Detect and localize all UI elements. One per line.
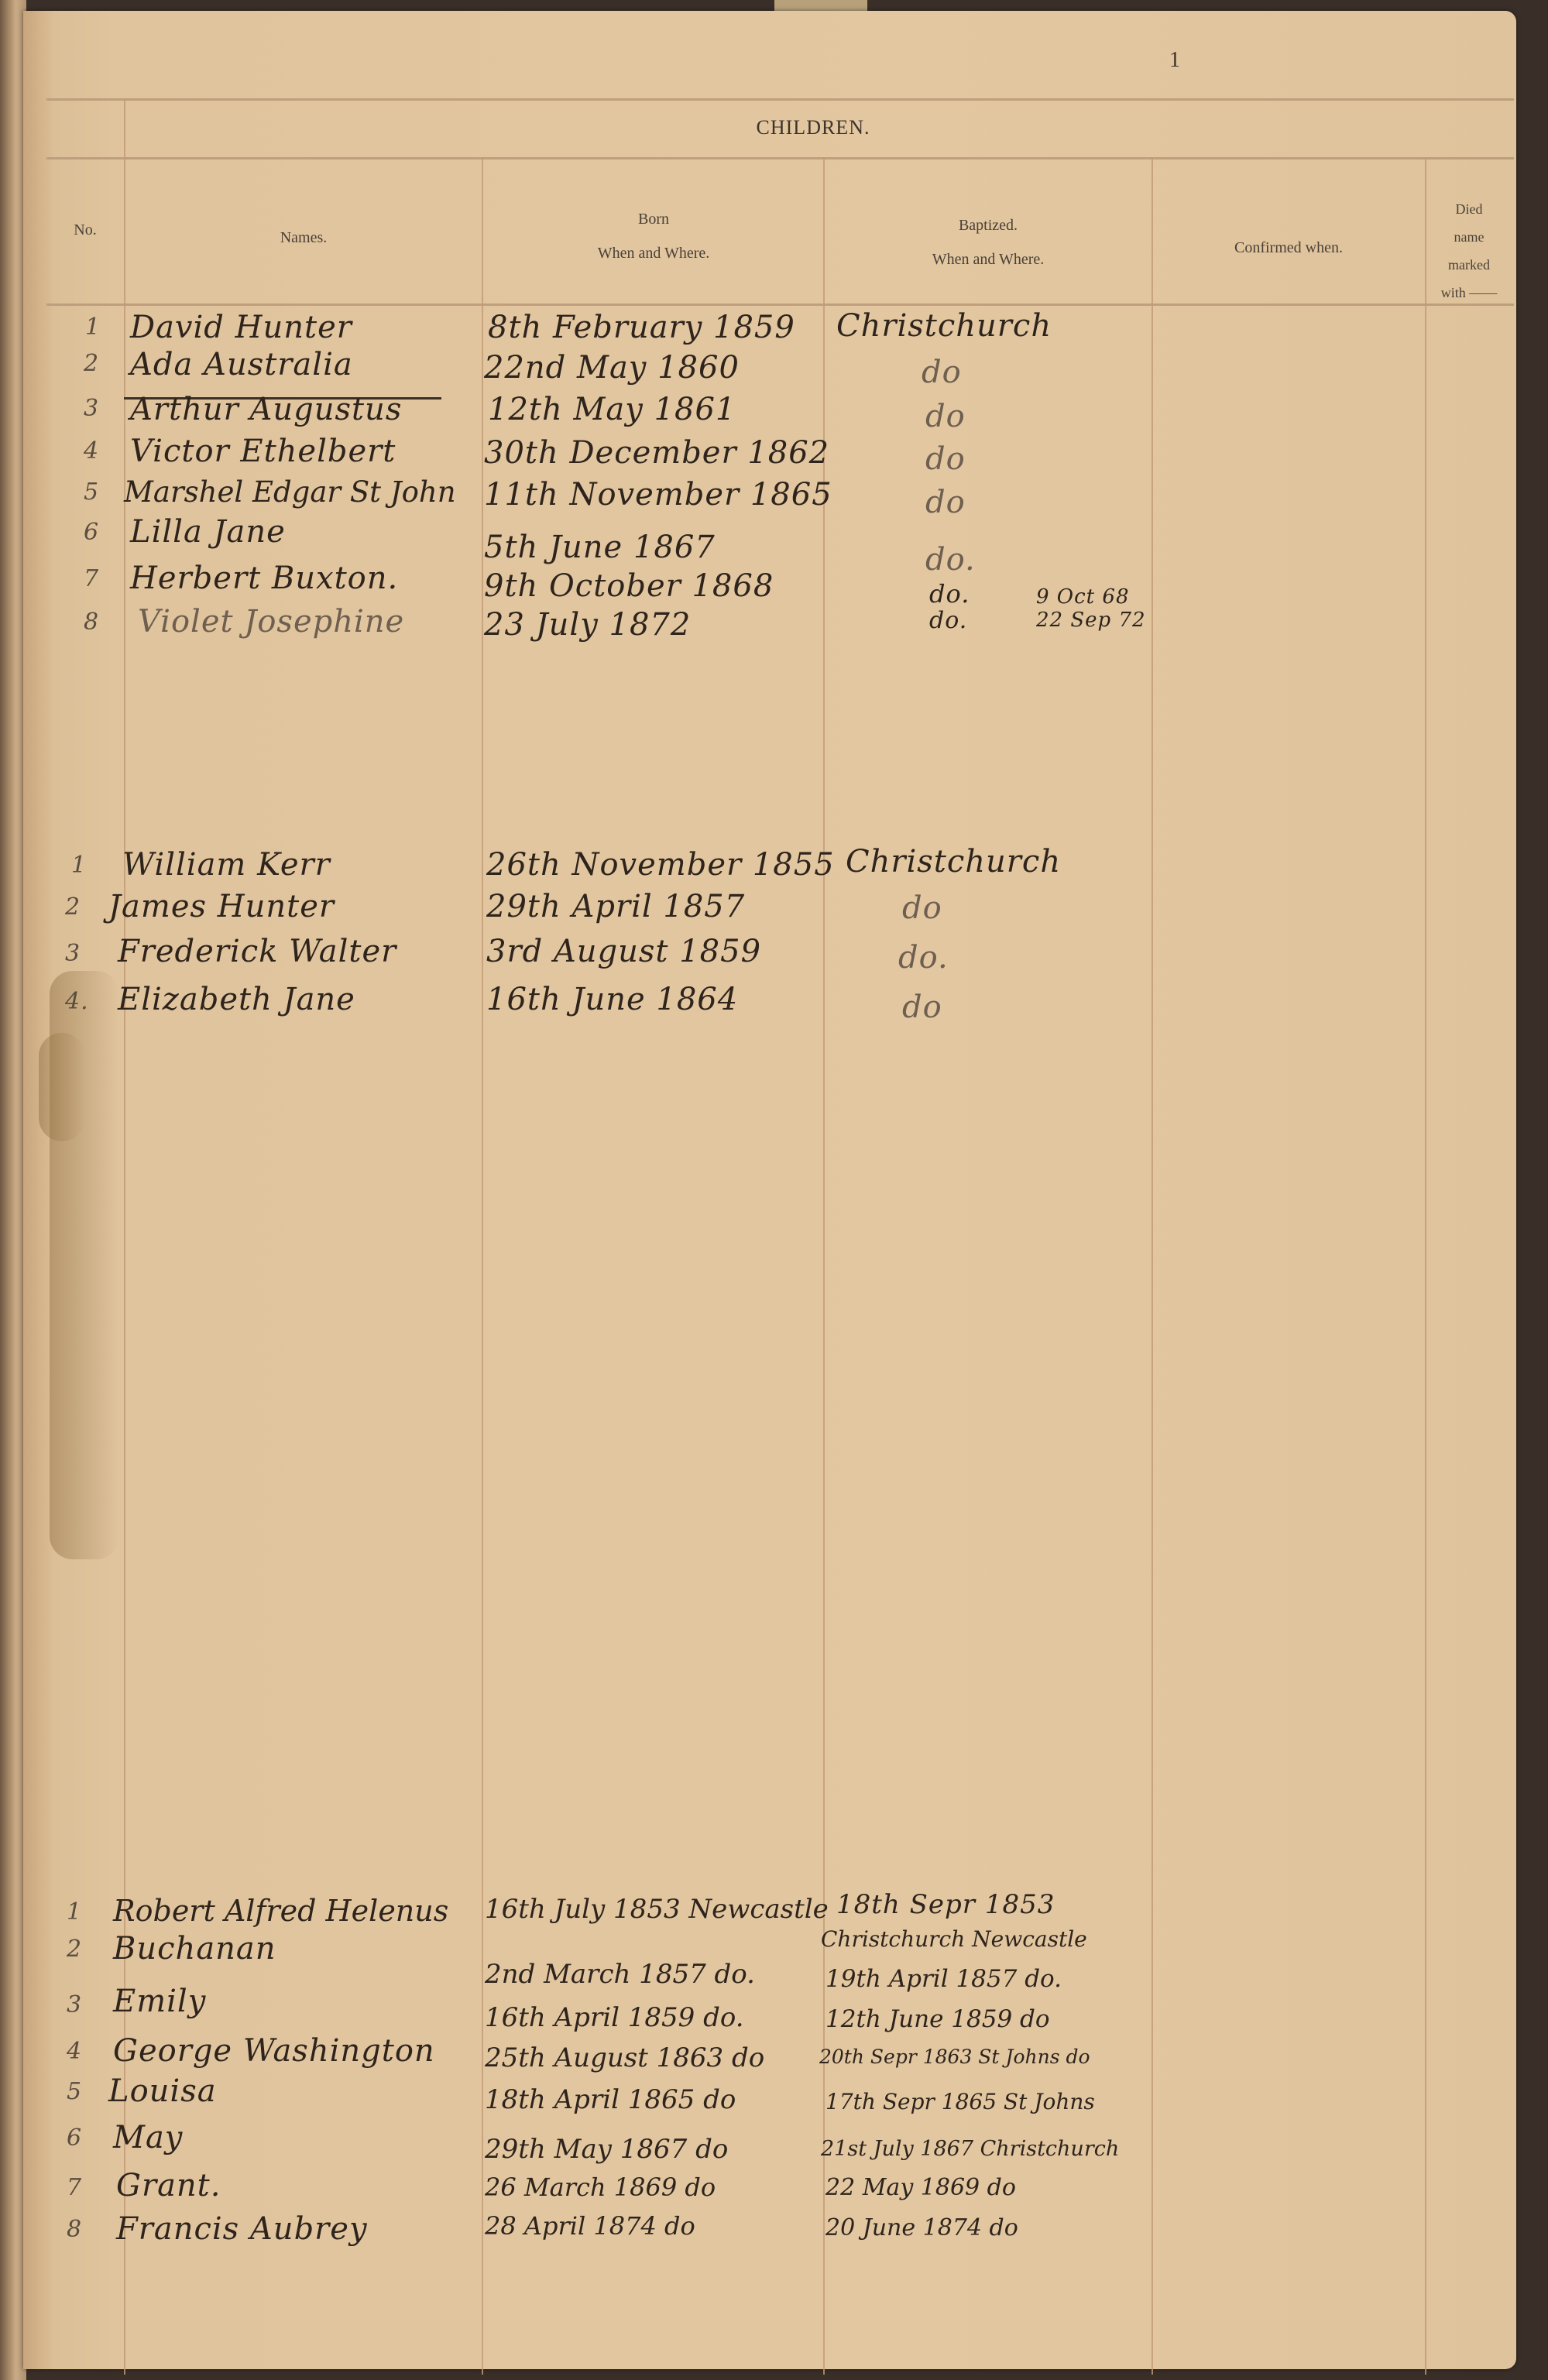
child-name: David Hunter	[130, 310, 352, 345]
baptism-place: do	[922, 355, 962, 390]
child-name: May	[113, 2120, 183, 2155]
birth-date: 26th November 1855	[486, 847, 835, 883]
child-name: Emily	[113, 1984, 206, 2019]
baptism-date: 20th Sepr 1863 St Johns do	[819, 2046, 1090, 2068]
baptism-place: do.	[929, 607, 967, 634]
child-name: Francis Aubrey	[116, 2211, 368, 2247]
entry-number: 7	[67, 2174, 82, 2201]
birth-date: 25th August 1863 do	[485, 2042, 764, 2073]
birth-date: 11th November 1865	[484, 477, 832, 513]
child-name: William Kerr	[122, 847, 331, 883]
child-name: Lilla Jane	[130, 514, 286, 550]
birth-date: 9th October 1868	[484, 568, 774, 604]
baptism-date: 20 June 1874 do	[825, 2214, 1018, 2241]
entry-number: 6	[84, 519, 99, 546]
column-rule-baptized	[1152, 157, 1153, 2375]
column-header-died: Died name marked with ——	[1426, 195, 1512, 307]
book-binding	[0, 0, 26, 2380]
baptism-place: do	[925, 399, 966, 434]
baptism-place: do	[902, 989, 942, 1025]
entry-number: 4	[67, 2038, 82, 2065]
died-label-1: Died	[1426, 195, 1512, 223]
entry-number: 5	[67, 2078, 82, 2105]
born-label: Born	[483, 206, 824, 232]
died-label-2: name	[1426, 223, 1512, 251]
entry-number: 4.	[65, 988, 89, 1015]
birth-date: 5th June 1867	[484, 530, 716, 565]
baptism-place: do	[925, 441, 966, 477]
birth-date: 2nd March 1857 do.	[485, 1959, 755, 1990]
baptized-label: Baptized.	[825, 212, 1152, 238]
child-name: Louisa	[108, 2073, 217, 2109]
baptism-date: 18th Sepr 1853	[836, 1889, 1055, 1920]
entry-number: 3	[84, 395, 99, 422]
born-sublabel: When and Where.	[483, 240, 824, 266]
column-header-baptized: Baptized. When and Where.	[825, 212, 1152, 273]
entry-number: 5	[84, 478, 99, 506]
child-name: Robert Alfred Helenus	[113, 1894, 448, 1928]
entry-number: 2	[67, 1936, 82, 1963]
column-header-confirmed: Confirmed when.	[1153, 235, 1424, 261]
entry-number: 1	[67, 1898, 82, 1926]
column-header-born: Born When and Where.	[483, 206, 824, 266]
birth-date: 16th June 1864	[486, 982, 738, 1017]
birth-date: 28 April 1874 do	[485, 2211, 695, 2241]
baptism-date: 17th Sepr 1865 St Johns	[825, 2089, 1095, 2114]
child-name: Buchanan	[113, 1931, 276, 1967]
baptism-place: do	[902, 890, 942, 926]
died-label-4: with ——	[1426, 279, 1512, 307]
died-label-3: marked	[1426, 251, 1512, 279]
header-top-rule	[46, 98, 1514, 101]
birth-date: 30th December 1862	[484, 435, 829, 471]
header-bottom-rule	[46, 304, 1514, 306]
entry-number: 6	[67, 2125, 82, 2152]
baptism-place: do.	[898, 940, 949, 976]
birth-date: 16th July 1853 Newcastle	[485, 1894, 829, 1925]
birth-date: 23 July 1872	[484, 607, 691, 643]
entry-number: 4	[84, 437, 99, 465]
baptism-place: Christchurch	[836, 308, 1052, 344]
birth-date: 29th April 1857	[486, 889, 745, 924]
child-name: George Washington	[113, 2033, 435, 2069]
entry-number: 2	[84, 350, 99, 377]
birth-date: 3rd August 1859	[486, 934, 761, 969]
entry-number: 2	[65, 893, 81, 921]
baptism-date: 19th April 1857 do.	[825, 1965, 1062, 1993]
header-mid-rule	[46, 157, 1514, 159]
baptized-sublabel: When and Where.	[825, 246, 1152, 273]
baptism-date: 22 May 1869 do	[825, 2174, 1016, 2201]
entry-number: 8	[67, 2216, 82, 2243]
child-name: Frederick Walter	[118, 934, 396, 969]
baptism-date: 12th June 1859 do	[825, 2005, 1050, 2033]
baptism-place: Christchurch Newcastle	[821, 1926, 1087, 1952]
baptism-place: do	[925, 485, 966, 520]
child-name: Arthur Augustus	[130, 392, 402, 427]
birth-date: 18th April 1865 do	[485, 2084, 736, 2115]
birth-date: 29th May 1867 do	[485, 2134, 728, 2165]
baptism-place: do.	[929, 579, 970, 609]
child-name: Violet Josephine	[138, 604, 404, 640]
page-clip	[774, 0, 867, 11]
birth-date: 12th May 1861	[488, 392, 736, 427]
child-name: Ada Australia	[130, 347, 353, 382]
page-number: 1	[1169, 48, 1180, 73]
child-name: Marshel Edgar St John	[124, 475, 456, 509]
child-name: Herbert Buxton.	[130, 561, 398, 596]
birth-date: 8th February 1859	[488, 310, 795, 345]
entry-number: 8	[84, 609, 99, 636]
confirmation-date: 9 Oct 68	[1036, 585, 1129, 609]
child-name: Grant.	[116, 2168, 221, 2203]
child-name: Victor Ethelbert	[130, 434, 396, 469]
child-name: James Hunter	[108, 889, 335, 924]
column-header-no: No.	[48, 217, 122, 243]
entry-number: 1	[71, 852, 87, 879]
baptism-place: do.	[925, 542, 976, 578]
entry-number: 3	[65, 940, 81, 967]
water-stain	[39, 1033, 85, 1141]
birth-date: 16th April 1859 do.	[485, 2002, 744, 2033]
birth-date: 22nd May 1860	[484, 350, 740, 386]
child-name: Elizabeth Jane	[118, 982, 355, 1017]
entry-number: 1	[85, 314, 101, 341]
entry-number: 3	[67, 1991, 82, 2018]
baptism-date: 21st July 1867 Christchurch	[821, 2137, 1119, 2161]
birth-date: 26 March 1869 do	[485, 2173, 716, 2202]
entry-number: 7	[84, 565, 99, 592]
column-rule-names	[482, 157, 483, 2375]
confirmation-date: 22 Sep 72	[1036, 609, 1146, 632]
column-rule-confirmed	[1425, 157, 1426, 2375]
baptism-place: Christchurch	[846, 844, 1061, 880]
column-header-names: Names.	[125, 225, 482, 251]
section-title: CHILDREN.	[116, 116, 1510, 139]
